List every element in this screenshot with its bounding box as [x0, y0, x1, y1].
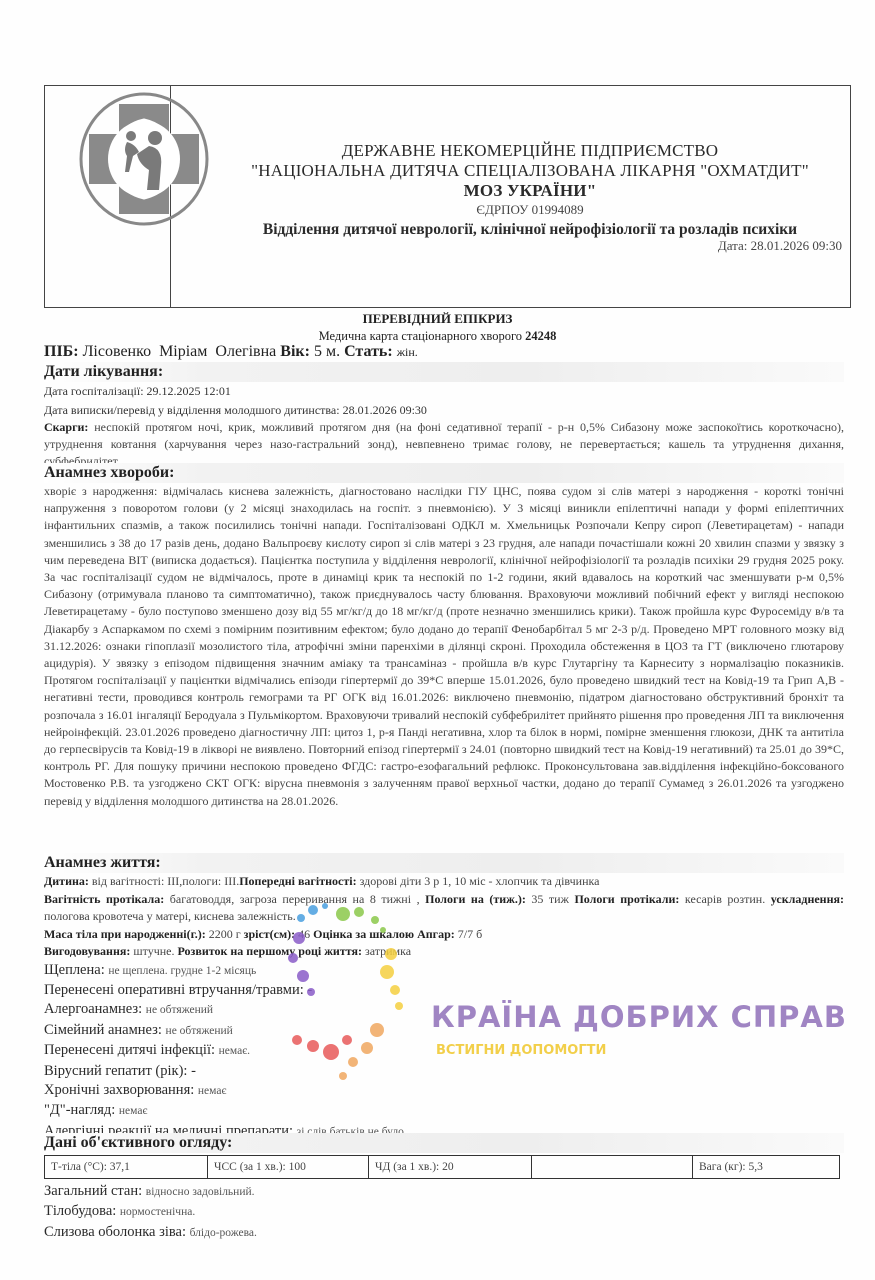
complaints-text: неспокій протягом ночі, крик, можливий п…: [44, 420, 844, 468]
pib-value: Лісовенко Міріам Олегівна: [83, 343, 277, 360]
throat-line: Слизова оболонка зіва: блідо-рожева.: [44, 1223, 844, 1243]
vaccinated-line: Щеплена: не щеплена. грудне 1-2 місяць: [44, 961, 844, 981]
objective-heading: Дані об'єктивного огляду:: [44, 1133, 844, 1153]
medical-card-line: Медична карта стаціонарного хворого 2424…: [0, 329, 875, 344]
vital-temperature: Т-тіла (°С): 37,1: [45, 1156, 208, 1179]
age-label: Вік:: [280, 343, 310, 360]
age-value: 5 м.: [314, 343, 340, 360]
edrpou-code: ЄДРПОУ 01994089: [215, 201, 845, 218]
treatment-dates-section: Дати лікування: Дата госпіталізації: 29.…: [44, 362, 844, 471]
org-name-line2: "НАЦІОНАЛЬНА ДИТЯЧА СПЕЦІАЛІЗОВАНА ЛІКАР…: [215, 161, 845, 181]
treatment-dates-heading: Дати лікування:: [44, 362, 844, 382]
disease-history-section: Анамнез хвороби: хворіє з народження: ві…: [44, 463, 844, 810]
pib-label: ПІБ:: [44, 343, 79, 360]
life-history-heading: Анамнез життя:: [44, 853, 844, 873]
complaints-label: Скарги:: [44, 420, 88, 434]
chronic-line: Хронічні захворювання: немає: [44, 1081, 844, 1101]
sex-value: жін.: [397, 345, 418, 359]
feeding-line: Вигодовування: штучне. Розвиток на першо…: [44, 943, 844, 961]
mother-child-cross-icon: [77, 92, 211, 226]
vitals-table: Т-тіла (°С): 37,1 ЧСС (за 1 хв.): 100 ЧД…: [44, 1155, 840, 1179]
surgeries-line: Перенесені оперативні втручання/травми: …: [44, 981, 844, 1000]
life-history-section: Анамнез життя: Дитина: від вагітності: I…: [44, 853, 844, 1142]
watermark-subtitle: ВСТИГНИ ДОПОМОГТИ: [436, 1043, 606, 1058]
disease-history-text: хворіє з народження: відмічалась киснева…: [44, 483, 844, 810]
d-observation-line: "Д"-нагляд: немає: [44, 1101, 844, 1121]
department-name: Відділення дитячої неврології, клінічної…: [215, 220, 845, 240]
birth-stats-line: Маса тіла при народженні(г.): 2200 г зрі…: [44, 926, 844, 944]
document-page: ДЕРЖАВНЕ НЕКОМЕРЦІЙНЕ ПІДПРИЄМСТВО "НАЦІ…: [0, 0, 875, 1280]
build-line: Тілобудова: нормостенічна.: [44, 1202, 844, 1222]
card-label: Медична карта стаціонарного хворого: [319, 329, 522, 343]
org-name-line3: МОЗ УКРАЇНИ": [215, 181, 845, 201]
exam-fields: Загальний стан: відносно задовільний. Ті…: [44, 1182, 844, 1243]
document-title: ПЕРЕВІДНИЙ ЕПІКРИЗ: [0, 311, 875, 327]
patient-line: ПІБ: Лісовенко Міріам Олегівна Вік: 5 м.…: [44, 343, 844, 361]
org-name-line1: ДЕРЖАВНЕ НЕКОМЕРЦІЙНЕ ПІДПРИЄМСТВО: [215, 141, 845, 161]
vital-empty: [532, 1156, 693, 1179]
organization-block: ДЕРЖАВНЕ НЕКОМЕРЦІЙНЕ ПІДПРИЄМСТВО "НАЦІ…: [215, 141, 845, 240]
admission-date: Дата госпіталізації: 29.12.2025 12:01: [44, 383, 844, 400]
letterhead: ДЕРЖАВНЕ НЕКОМЕРЦІЙНЕ ПІДПРИЄМСТВО "НАЦІ…: [44, 85, 851, 308]
discharge-date: Дата виписки/перевід у відділення молодш…: [44, 402, 844, 419]
table-row: Т-тіла (°С): 37,1 ЧСС (за 1 хв.): 100 ЧД…: [45, 1156, 840, 1179]
logo-cell: [45, 86, 171, 307]
general-state-line: Загальний стан: відносно задовільний.: [44, 1182, 844, 1202]
child-line: Дитина: від вагітності: III,пологи: III.…: [44, 873, 844, 891]
hepatitis-line: Вірусний гепатит (рік): -: [44, 1062, 844, 1081]
header-date: Дата: 28.01.2026 09:30: [718, 238, 842, 254]
disease-history-heading: Анамнез хвороби:: [44, 463, 844, 483]
watermark-title: КРАЇНА ДОБРИХ СПРАВ: [431, 1000, 847, 1034]
vital-heart-rate: ЧСС (за 1 хв.): 100: [208, 1156, 369, 1179]
vital-resp-rate: ЧД (за 1 хв.): 20: [369, 1156, 532, 1179]
sex-label: Стать:: [344, 343, 393, 360]
objective-section: Дані об'єктивного огляду: Т-тіла (°С): 3…: [44, 1133, 844, 1243]
card-number: 24248: [525, 329, 556, 343]
pregnancy-line: Вагітність протікала: багатоводдя, загро…: [44, 891, 844, 926]
life-history-details: Дитина: від вагітності: III,пологи: III.…: [44, 873, 844, 961]
vital-weight: Вага (кг): 5,3: [693, 1156, 840, 1179]
